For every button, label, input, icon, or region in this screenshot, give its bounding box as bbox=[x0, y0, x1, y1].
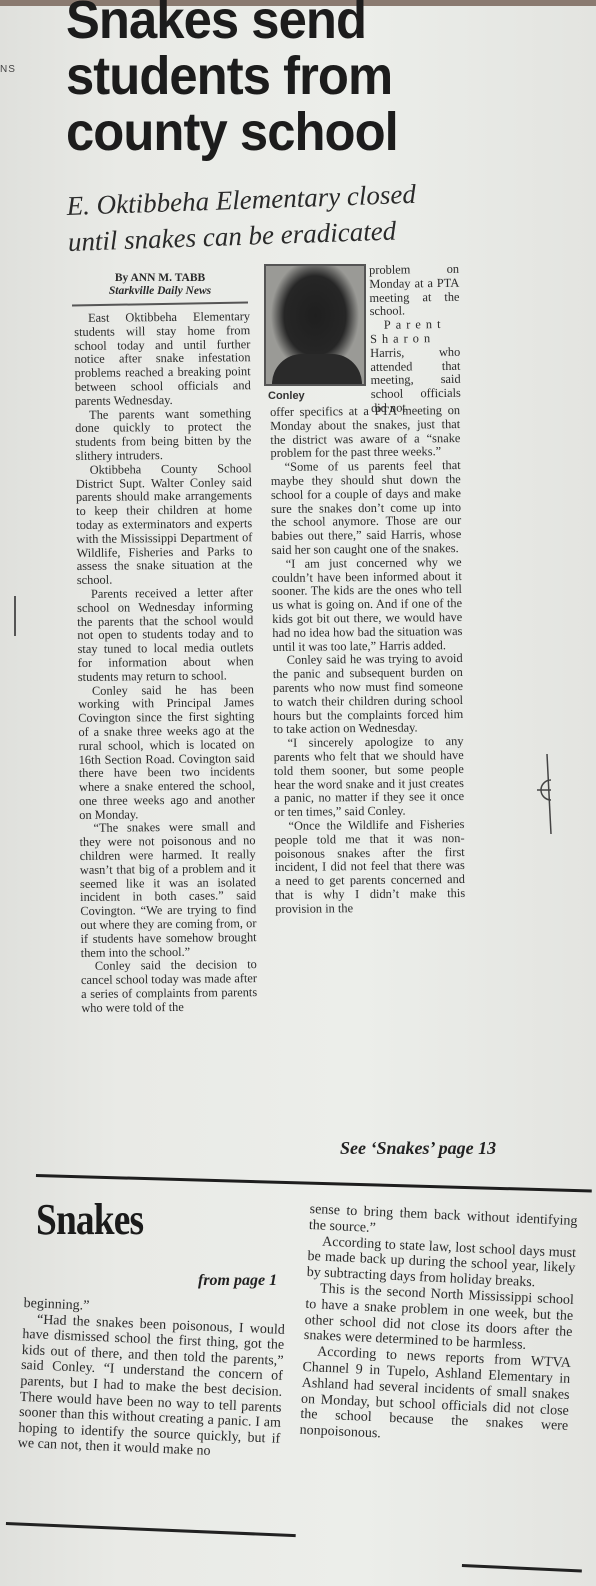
subheadline-deck: E. Oktibbeha Elementary closed until sna… bbox=[66, 175, 448, 260]
paragraph: problem on Monday at a PTA meeting at th… bbox=[369, 263, 460, 319]
paragraph: “I sincerely apologize to any parents wh… bbox=[273, 735, 464, 820]
registration-mark-icon bbox=[535, 754, 565, 834]
column-left: East Oktibbeha Elementary students will … bbox=[74, 310, 257, 1015]
paragraph: East Oktibbeha Elementary students will … bbox=[74, 310, 251, 408]
byline-divider bbox=[72, 301, 248, 306]
paragraph: Oktibbeha County School District Supt. W… bbox=[76, 462, 253, 588]
section-divider bbox=[36, 1174, 592, 1193]
bottom-rule bbox=[462, 1564, 582, 1572]
column-right: offer specifics at a PTA meeting on Mond… bbox=[270, 404, 465, 916]
paragraph: “Had the snakes been poisonous, I would … bbox=[17, 1312, 285, 1463]
paragraph: Parents received a letter after school o… bbox=[77, 586, 254, 684]
paragraph: Conley said he was trying to avoid the p… bbox=[273, 652, 464, 737]
jump-line: See ‘Snakes’ page 13 bbox=[340, 1138, 496, 1159]
byline: By ANN M. TABB Starkville Daily News bbox=[72, 272, 248, 298]
byline-author: By ANN M. TABB bbox=[72, 272, 248, 285]
newspaper-page: NS Snakes send students from county scho… bbox=[0, 6, 596, 1586]
paragraph: “Once the Wildlife and Fisheries people … bbox=[274, 818, 465, 917]
paragraph: The parents want something done quickly … bbox=[75, 407, 252, 464]
byline-publication: Starkville Daily News bbox=[72, 285, 248, 298]
portrait-photo bbox=[264, 264, 366, 386]
photo-shoulders bbox=[272, 354, 362, 384]
continuation-from-line: from page 1 bbox=[198, 1272, 277, 1290]
bottom-rule bbox=[6, 1522, 296, 1537]
paragraph: According to news reports from WTVA Chan… bbox=[299, 1344, 571, 1451]
paragraph: offer specifics at a PTA meeting on Mond… bbox=[270, 404, 461, 461]
continuation-column-left: beginning.” “Had the snakes been poisono… bbox=[17, 1296, 285, 1463]
continuation-headline: Snakes bbox=[36, 1194, 143, 1245]
column-right-top: problem on Monday at a PTA meeting at th… bbox=[369, 263, 461, 416]
continuation-column-right: sense to bring them back without identif… bbox=[299, 1202, 577, 1451]
paragraph: “The snakes were small and they were not… bbox=[79, 821, 256, 961]
margin-section-tag: NS bbox=[0, 64, 16, 75]
headline: Snakes send students from county school bbox=[66, 0, 442, 160]
paragraph: “I am just concerned why we couldn’t hav… bbox=[272, 556, 463, 655]
edge-mark bbox=[14, 596, 16, 636]
paragraph: Conley said the decision to cancel schoo… bbox=[81, 959, 258, 1016]
paragraph: Conley said he has been working with Pri… bbox=[78, 683, 255, 823]
photo-caption: Conley bbox=[268, 390, 305, 402]
paragraph: “Some of us parents feel that maybe they… bbox=[271, 459, 462, 558]
